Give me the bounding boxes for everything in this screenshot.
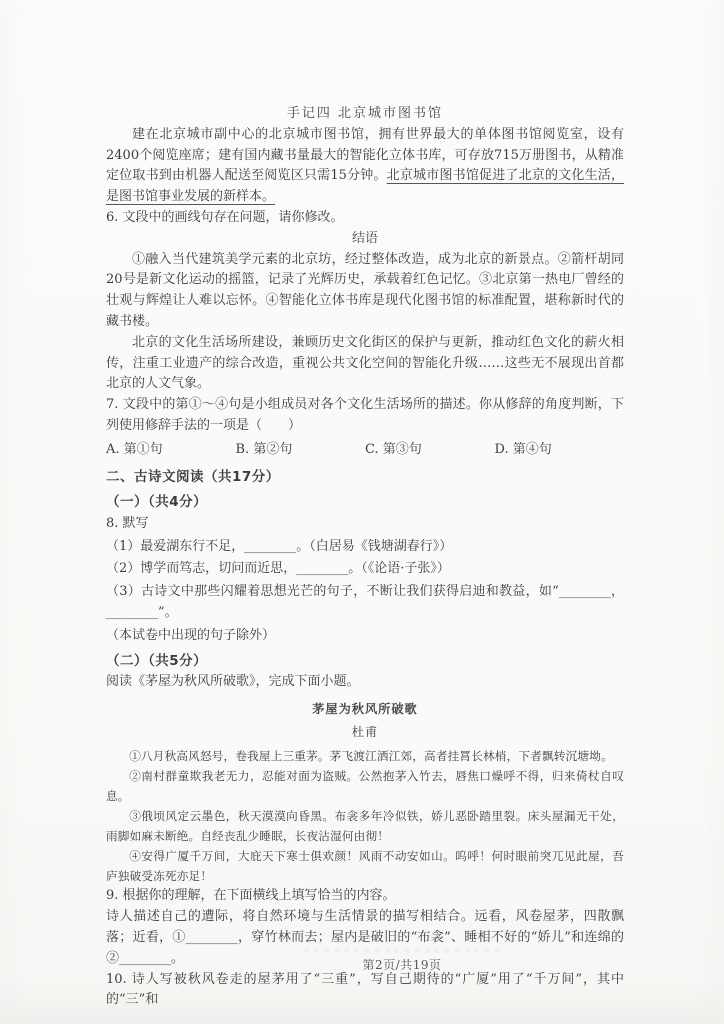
question-6: 6. 文段中的画线句存在问题，请你修改。 — [106, 208, 624, 229]
question-10-stem: 10. 诗人写被秋风卷走的屋茅用了“三重”，写自己期待的“广厦”用了“千万间”，… — [106, 970, 624, 1012]
passage-title: 手记四 北京城市图书馆 — [106, 104, 624, 125]
conclusion-heading: 结语 — [106, 229, 624, 250]
part-1-heading: （一）（共4分） — [106, 492, 624, 514]
poem-author: 杜甫 — [106, 722, 624, 743]
scanned-exam-page: 手记四 北京城市图书馆 建在北京城市副中心的北京城市图书馆，拥有世界最大的单体图… — [0, 0, 724, 1024]
poem-stanza-2: ②南村群童欺我老无力，忍能对面为盗贼。公然抱茅入竹去，唇焦口燥呼不得，归来倚杖自… — [106, 767, 624, 807]
option-d: D. 第④句 — [495, 440, 625, 461]
page-number-indicator: 第2页/共19页 — [40, 956, 724, 973]
question-8-item-3: （3）古诗文中那些闪耀着思想光芒的句子，不断让我们获得启迪和教益，如“_____… — [106, 582, 624, 624]
option-a: A. 第①句 — [106, 440, 236, 461]
poem-stanza-4: ④安得广厦千万间，大庇天下寒士俱欢颜！风雨不动安如山。呜呼！何时眼前突兀见此屋，… — [106, 847, 624, 887]
question-7-options: A. 第①句 B. 第②句 C. 第③句 D. 第④句 — [106, 440, 624, 461]
option-c: C. 第③句 — [365, 440, 495, 461]
question-9-stem: 9. 根据你的理解，在下面横线上填写恰当的内容。 — [106, 886, 624, 907]
poem-title: 茅屋为秋风所破歌 — [106, 699, 624, 720]
conclusion-paragraph-2: 北京的文化生活场所建设，兼顾历史文化街区的保护与更新，推动红色文化的薪火相传，注… — [106, 333, 624, 395]
conclusion-paragraph-1: ①融入当代建筑美学元素的北京坊，经过整体改造，成为北京的新景点。②箭杆胡同20号… — [106, 250, 624, 333]
section-2-heading: 二、古诗文阅读（共17分） — [106, 467, 624, 489]
intro-paragraph: 建在北京城市副中心的北京城市图书馆，拥有世界最大的单体图书馆阅览室，设有2400… — [106, 125, 624, 208]
reading-instruction: 阅读《茅屋为秋风所破歌》，完成下面小题。 — [106, 672, 624, 693]
poem-block: 茅屋为秋风所破歌 杜甫 ①八月秋高风怒号，卷我屋上三重茅。茅飞渡江洒江郊，高者挂… — [106, 699, 624, 887]
question-7-stem: 7. 文段中的第①～④句是小组成员对各个文化生活场所的描述。你从修辞的角度判断，… — [106, 395, 624, 437]
option-b: B. 第②句 — [236, 440, 366, 461]
poem-stanza-3: ③俄顷风定云墨色，秋天漠漠向昏黑。布衾多年冷似铁，娇儿恶卧踏里裂。床头屋漏无干处… — [106, 807, 624, 847]
pagination-dots — [302, 946, 502, 956]
poem-stanza-1: ①八月秋高风怒号，卷我屋上三重茅。茅飞渡江洒江郊，高者挂罥长林梢，下者飘转沉塘坳… — [106, 747, 624, 767]
part-2-heading: （二）（共5分） — [106, 651, 624, 673]
question-8-item-1: （1）最爱湖东行不足，________。（白居易《钱塘湖春行》） — [106, 537, 624, 558]
page-content: 手记四 北京城市图书馆 建在北京城市副中心的北京城市图书馆，拥有世界最大的单体图… — [106, 104, 624, 1011]
question-8-stem: 8. 默写 — [106, 514, 624, 535]
question-8-item-2: （2）博学而笃志，切问而近思，________。（《论语·子张》） — [106, 559, 624, 580]
question-8-item-3-note: （本试卷中出现的句子除外） — [106, 626, 624, 647]
